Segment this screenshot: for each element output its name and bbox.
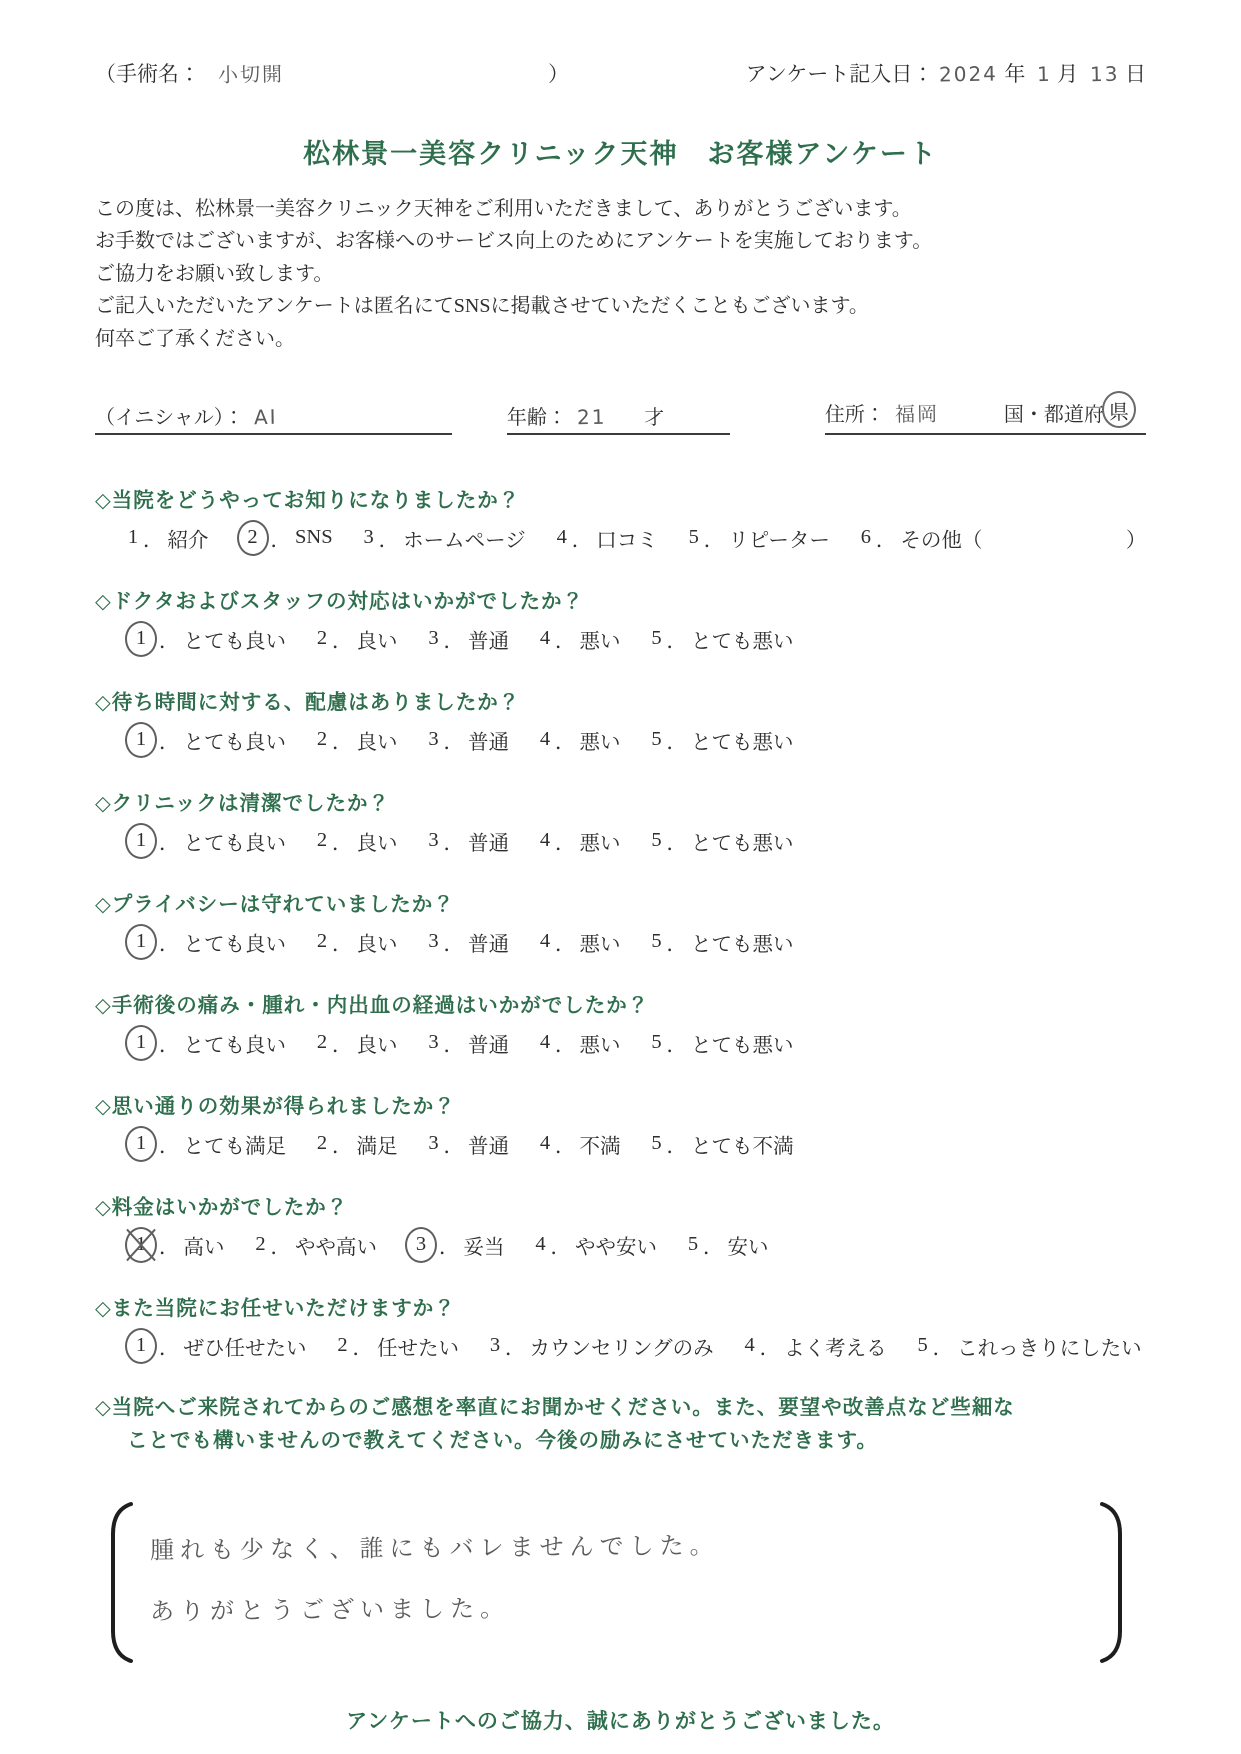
option-number-separator: ． [555,927,576,957]
option-number: 3 [426,627,442,650]
option-number-separator: ． [444,1129,465,1159]
question-options: 1．とても満足2．満足3．普通4．不満5．とても不満 [125,1129,1146,1159]
survey-option: 2．良い [314,1028,398,1058]
age-label: 年齢： [507,407,567,429]
intro-line: この度は、松林景一美容クリニック天神をご利用いただきまして、ありがとうございます… [95,193,1146,225]
option-number-separator: ． [667,725,688,755]
survey-option: 5．とても悪い [649,826,794,856]
survey-option: 4．やや安い [533,1230,658,1260]
option-label: 任せたい [377,1331,459,1361]
option-number-separator: ． [159,624,180,654]
option-label: 紹介 [168,523,209,553]
survey-option: 4．悪い [537,725,621,755]
survey-option: 4．よく考える [742,1331,887,1361]
survey-option: 1．とても良い [125,927,286,957]
option-number: 2 [253,1233,269,1256]
question-title: ◇手術後の痛み・腫れ・内出血の経過はいかがでしたか？ [95,988,1146,1018]
option-label: 普通 [468,725,509,755]
question-block: ◇思い通りの効果が得られましたか？ 1．とても満足2．満足3．普通4．不満5．と… [95,1089,1146,1159]
address-label: 住所： [825,404,885,426]
option-label: ホームページ [403,523,526,553]
age-unit: 才 [644,407,664,429]
address-field: 住所：福岡国・都道府県 [825,393,1146,435]
question-title: ◇思い通りの効果が得られましたか？ [95,1089,1146,1119]
selected-option-number: 1 [125,621,157,657]
option-number: 4 [533,1233,549,1256]
option-label: 悪い [580,725,621,755]
option-label: とても良い [184,1028,287,1058]
question-options: 1．とても良い2．良い3．普通4．悪い5．とても悪い [125,1028,1146,1058]
document-header: （手術名：小切開） アンケート記入日：2024年 1月 13日 [95,58,1146,88]
survey-option: 5．これっきりにしたい [915,1331,1142,1361]
age-field: 年齢：21才 [507,401,730,435]
option-label: SNS [295,526,333,549]
option-label: とても満足 [184,1129,287,1159]
option-number: 3 [426,728,442,751]
option-number-separator: ． [143,523,164,553]
date-month-handwritten: 1 [1036,62,1051,86]
option-label: 安い [728,1230,769,1260]
selected-option-number: 2 [237,520,269,556]
survey-option: 3．妥当 [405,1230,505,1260]
question-block: ◇ドクタおよびスタッフの対応はいかがでしたか？ 1．とても良い2．良い3．普通4… [95,584,1146,654]
intro-line: ご協力をお願い致します。 [95,258,1146,290]
option-number: 5 [685,1233,701,1256]
option-number: 4 [537,728,553,751]
option-number-separator: ． [332,826,353,856]
survey-option: 6．その他（ ） [858,523,1147,553]
closing-thanks: アンケートへのご協力、誠にありがとうございました。 [95,1705,1146,1735]
survey-option: 2．良い [314,927,398,957]
option-number: 2 [314,1031,330,1054]
option-number-separator: ． [876,523,897,553]
option-number-separator: ． [332,1028,353,1058]
option-number-separator: ． [704,523,725,553]
question-options: 1．とても良い2．良い3．普通4．悪い5．とても悪い [125,624,1146,654]
survey-option: 4．悪い [537,826,621,856]
selected-option-number: 1 [125,924,157,960]
comment-line: 腫れも少なく、誰にもバレませんでした。 [150,1525,720,1565]
option-number: 5 [649,728,665,751]
option-number-separator: ． [667,826,688,856]
page-title: 松林景一美容クリニック天神 お客様アンケート [95,132,1146,171]
year-unit: 年 [1004,62,1025,86]
question-block: ◇手術後の痛み・腫れ・内出血の経過はいかがでしたか？ 1．とても良い2．良い3．… [95,988,1146,1058]
option-number: 4 [537,627,553,650]
comment-box: 腫れも少なく、誰にもバレませんでした。 ありがとうございました。 [95,1500,1146,1665]
option-label: 悪い [580,1028,621,1058]
option-number: 3 [426,1132,442,1155]
question-title: ◇ドクタおよびスタッフの対応はいかがでしたか？ [95,584,1146,614]
address-region-type: 国・都道府 [1004,404,1104,426]
questions: ◇当院をどうやってお知りになりましたか？ 1．紹介2．SNS3．ホームページ4．… [95,483,1146,1361]
option-number-separator: ． [555,1129,576,1159]
selected-option-number: 1 [125,823,157,859]
option-number-separator: ． [332,725,353,755]
survey-option: 5．とても悪い [649,624,794,654]
option-number-separator: ． [444,725,465,755]
survey-option: 1．とても良い [125,725,286,755]
option-number: 2 [314,829,330,852]
option-label: 妥当 [464,1230,505,1260]
option-label: 良い [357,1028,398,1058]
selected-option-number: 1 [125,1126,157,1162]
survey-option: 2．やや高い [253,1230,378,1260]
comment-line: ありがとうございました。 [150,1586,720,1626]
option-label: 普通 [468,927,509,957]
option-number: 5 [649,1031,665,1054]
question-block: ◇プライバシーは守れていましたか？ 1．とても良い2．良い3．普通4．悪い5．と… [95,887,1146,957]
option-label: とても悪い [691,927,794,957]
option-number-separator: ． [551,1230,572,1260]
option-label: 悪い [580,927,621,957]
option-label: リピーター [728,523,830,553]
survey-option: 1．とても良い [125,826,286,856]
survey-option: 3．カウンセリングのみ [487,1331,714,1361]
option-number-separator: ． [271,523,292,553]
option-label: 高い [184,1230,225,1260]
option-number: 3 [426,829,442,852]
option-label: 良い [357,725,398,755]
date-day-handwritten: 13 [1089,62,1119,87]
survey-option: 3．ホームページ [361,523,526,553]
survey-option: 2．良い [314,624,398,654]
survey-option: 1．高い [125,1230,225,1260]
option-number-separator: ． [555,1028,576,1058]
option-number: 2 [314,627,330,650]
intro-line: お手数ではございますが、お客様へのサービス向上のためにアンケートを実施しておりま… [95,225,1146,257]
survey-option: 1．紹介 [125,523,209,553]
option-number: 5 [649,1132,665,1155]
left-bracket [105,1500,135,1665]
survey-option: 3．普通 [426,1028,510,1058]
surgery-name-close-paren: ） [548,62,569,86]
option-number-separator: ． [379,523,400,553]
intro-line: ご記入いただいたアンケートは匿名にてSNSに掲載させていただくこともございます。 [95,290,1146,322]
survey-document: （手術名：小切開） アンケート記入日：2024年 1月 13日 松林景一美容クリ… [0,0,1241,1754]
question-block: ◇当院をどうやってお知りになりましたか？ 1．紹介2．SNS3．ホームページ4．… [95,483,1146,553]
survey-option: 2．良い [314,725,398,755]
option-number-separator: ． [159,1230,180,1260]
option-number: 2 [314,728,330,751]
option-number-separator: ． [353,1331,374,1361]
survey-option: 2．良い [314,826,398,856]
initials-label: （イニシャル）： [95,407,244,429]
option-number: 2 [335,1334,351,1357]
option-number: 5 [915,1334,931,1357]
option-label: 不満 [580,1129,621,1159]
option-number: 5 [649,627,665,650]
option-number-separator: ． [159,927,180,957]
option-label: やや安い [575,1230,657,1260]
option-number-separator: ． [667,624,688,654]
question-options: 1．紹介2．SNS3．ホームページ4．口コミ5．リピーター6．その他（ ） [125,523,1146,553]
survey-option: 2．満足 [314,1129,398,1159]
survey-option: 5．とても不満 [649,1129,794,1159]
option-number-separator: ． [555,826,576,856]
intro-paragraph: この度は、松林景一美容クリニック天神をご利用いただきまして、ありがとうございます… [95,193,1146,355]
surgery-name-field: （手術名：小切開） [95,58,569,88]
option-label: 良い [357,624,398,654]
option-number-separator: ． [444,826,465,856]
address-handwritten-value: 福岡 [895,398,939,428]
option-label: 悪い [580,624,621,654]
option-number-separator: ． [667,1129,688,1159]
option-number-separator: ． [444,624,465,654]
feedback-prompt-line: ことでも構いませんので教えてください。今後の励みにさせていただきます。 [127,1425,1146,1458]
respondent-info-row: （イニシャル）：AI 年齢：21才 住所：福岡国・都道府県 [95,393,1146,435]
selected-option-number: 1 [125,1025,157,1061]
question-block: ◇また当院にお任せいただけますか？ 1．ぜひ任せたい2．任せたい3．カウンセリン… [95,1291,1146,1361]
option-label: 普通 [468,826,509,856]
survey-option: 3．普通 [426,1129,510,1159]
option-label: その他（ ） [900,523,1146,553]
option-label: とても良い [184,725,287,755]
option-number: 4 [537,1031,553,1054]
survey-option: 2．任せたい [335,1331,460,1361]
survey-option: 4．口コミ [554,523,658,553]
date-year-handwritten: 2024 [939,61,998,86]
question-title: ◇クリニックは清潔でしたか？ [95,786,1146,816]
option-number-separator: ． [667,1028,688,1058]
survey-option: 1．とても満足 [125,1129,286,1159]
survey-option: 5．リピーター [686,523,830,553]
crossed-out-option-number: 1 [125,1227,157,1263]
option-number: 4 [742,1334,758,1357]
survey-option: 3．普通 [426,725,510,755]
survey-option: 2．SNS [237,523,333,553]
surgery-name-handwritten-value: 小切開 [218,57,338,88]
initials-field: （イニシャル）：AI [95,401,452,435]
option-number: 4 [537,930,553,953]
question-options: 1．高い2．やや高い3．妥当4．やや安い5．安い [125,1230,1146,1260]
option-number-separator: ． [703,1230,724,1260]
option-label: とても悪い [691,624,794,654]
intro-line: 何卒ご了承ください。 [95,323,1146,355]
option-number-separator: ． [572,523,593,553]
option-label: 口コミ [596,523,658,553]
option-number-separator: ． [332,1129,353,1159]
option-number-separator: ． [667,927,688,957]
survey-option: 1．ぜひ任せたい [125,1331,307,1361]
question-block: ◇料金はいかがでしたか？ 1．高い2．やや高い3．妥当4．やや安い5．安い [95,1190,1146,1260]
option-number: 4 [554,526,570,549]
option-number-separator: ． [439,1230,460,1260]
option-number: 3 [426,1031,442,1054]
option-number-separator: ． [933,1331,954,1361]
option-number: 5 [686,526,702,549]
survey-date-label: アンケート記入日： [746,62,934,86]
option-number-separator: ． [332,927,353,957]
option-number-separator: ． [444,1028,465,1058]
option-number-separator: ． [159,1028,180,1058]
option-label: やや高い [295,1230,377,1260]
option-label: とても良い [184,624,287,654]
survey-option: 4．不満 [537,1129,621,1159]
option-number: 2 [314,1132,330,1155]
option-label: 普通 [468,1129,509,1159]
option-label: とても良い [184,927,287,957]
question-title: ◇料金はいかがでしたか？ [95,1190,1146,1220]
option-number-separator: ． [159,725,180,755]
question-options: 1．とても良い2．良い3．普通4．悪い5．とても悪い [125,725,1146,755]
option-number-separator: ． [332,624,353,654]
option-label: 良い [357,826,398,856]
option-label: 普通 [468,1028,509,1058]
handwritten-comment: 腫れも少なく、誰にもバレませんでした。 ありがとうございました。 [150,1528,720,1650]
survey-option: 5．とても悪い [649,725,794,755]
option-label: 良い [357,927,398,957]
question-title: ◇また当院にお任せいただけますか？ [95,1291,1146,1321]
survey-option: 4．悪い [537,1028,621,1058]
option-number-separator: ． [159,1331,180,1361]
option-number: 3 [487,1334,503,1357]
option-number: 2 [314,930,330,953]
survey-option: 1．とても良い [125,1028,286,1058]
question-options: 1．とても良い2．良い3．普通4．悪い5．とても悪い [125,927,1146,957]
question-options: 1．ぜひ任せたい2．任せたい3．カウンセリングのみ4．よく考える5．これっきりに… [125,1331,1146,1361]
feedback-prompt-line: ◇当院へご来院されてからのご感想を率直にお聞かせください。また、要望や改善点など… [95,1392,1146,1425]
option-number-separator: ． [760,1331,781,1361]
question-block: ◇待ち時間に対する、配慮はありましたか？ 1．とても良い2．良い3．普通4．悪い… [95,685,1146,755]
option-number: 5 [649,930,665,953]
option-label: とても悪い [691,826,794,856]
question-block: ◇クリニックは清潔でしたか？ 1．とても良い2．良い3．普通4．悪い5．とても悪… [95,786,1146,856]
month-unit: 月 [1057,62,1078,86]
survey-date-field: アンケート記入日：2024年 1月 13日 [746,58,1146,88]
option-number: 6 [858,526,874,549]
selected-option-number: 1 [125,722,157,758]
survey-option: 5．安い [685,1230,769,1260]
question-title: ◇待ち時間に対する、配慮はありましたか？ [95,685,1146,715]
option-label: とても良い [184,826,287,856]
survey-option: 4．悪い [537,624,621,654]
survey-option: 4．悪い [537,927,621,957]
option-label: よく考える [784,1331,887,1361]
option-number: 1 [125,526,141,549]
survey-option: 3．普通 [426,826,510,856]
option-number-separator: ． [444,927,465,957]
option-label: 悪い [580,826,621,856]
option-label: これっきりにしたい [957,1331,1142,1361]
option-number-separator: ． [555,624,576,654]
option-number: 4 [537,829,553,852]
selected-option-number: 1 [125,1328,157,1364]
option-number-separator: ． [159,826,180,856]
option-number-separator: ． [505,1331,526,1361]
question-title: ◇プライバシーは守れていましたか？ [95,887,1146,917]
survey-option: 3．普通 [426,927,510,957]
initials-handwritten-value: AI [254,405,278,429]
survey-option: 5．とても悪い [649,1028,794,1058]
survey-option: 1．とても良い [125,624,286,654]
option-number: 5 [649,829,665,852]
age-handwritten-value: 21 [577,405,607,430]
option-number: 3 [426,930,442,953]
option-number-separator: ． [159,1129,180,1159]
survey-option: 3．普通 [426,624,510,654]
right-bracket [1098,1500,1128,1665]
selected-option-number: 3 [405,1227,437,1263]
surgery-name-label: （手術名： [95,62,200,86]
option-label: とても悪い [691,725,794,755]
question-options: 1．とても良い2．良い3．普通4．悪い5．とても悪い [125,826,1146,856]
option-label: 満足 [357,1129,398,1159]
feedback-prompt: ◇当院へご来院されてからのご感想を率直にお聞かせください。また、要望や改善点など… [95,1392,1146,1458]
question-title: ◇当院をどうやってお知りになりましたか？ [95,483,1146,513]
option-number: 3 [361,526,377,549]
survey-option: 5．とても悪い [649,927,794,957]
option-label: ぜひ任せたい [184,1331,307,1361]
option-label: カウンセリングのみ [530,1331,714,1361]
option-number: 4 [537,1132,553,1155]
option-number-separator: ． [555,725,576,755]
option-number-separator: ． [271,1230,292,1260]
option-label: とても悪い [691,1028,794,1058]
day-unit: 日 [1125,62,1146,86]
address-circled-kanji: 県 [1102,391,1136,428]
option-label: 普通 [468,624,509,654]
option-label: とても不満 [691,1129,794,1159]
